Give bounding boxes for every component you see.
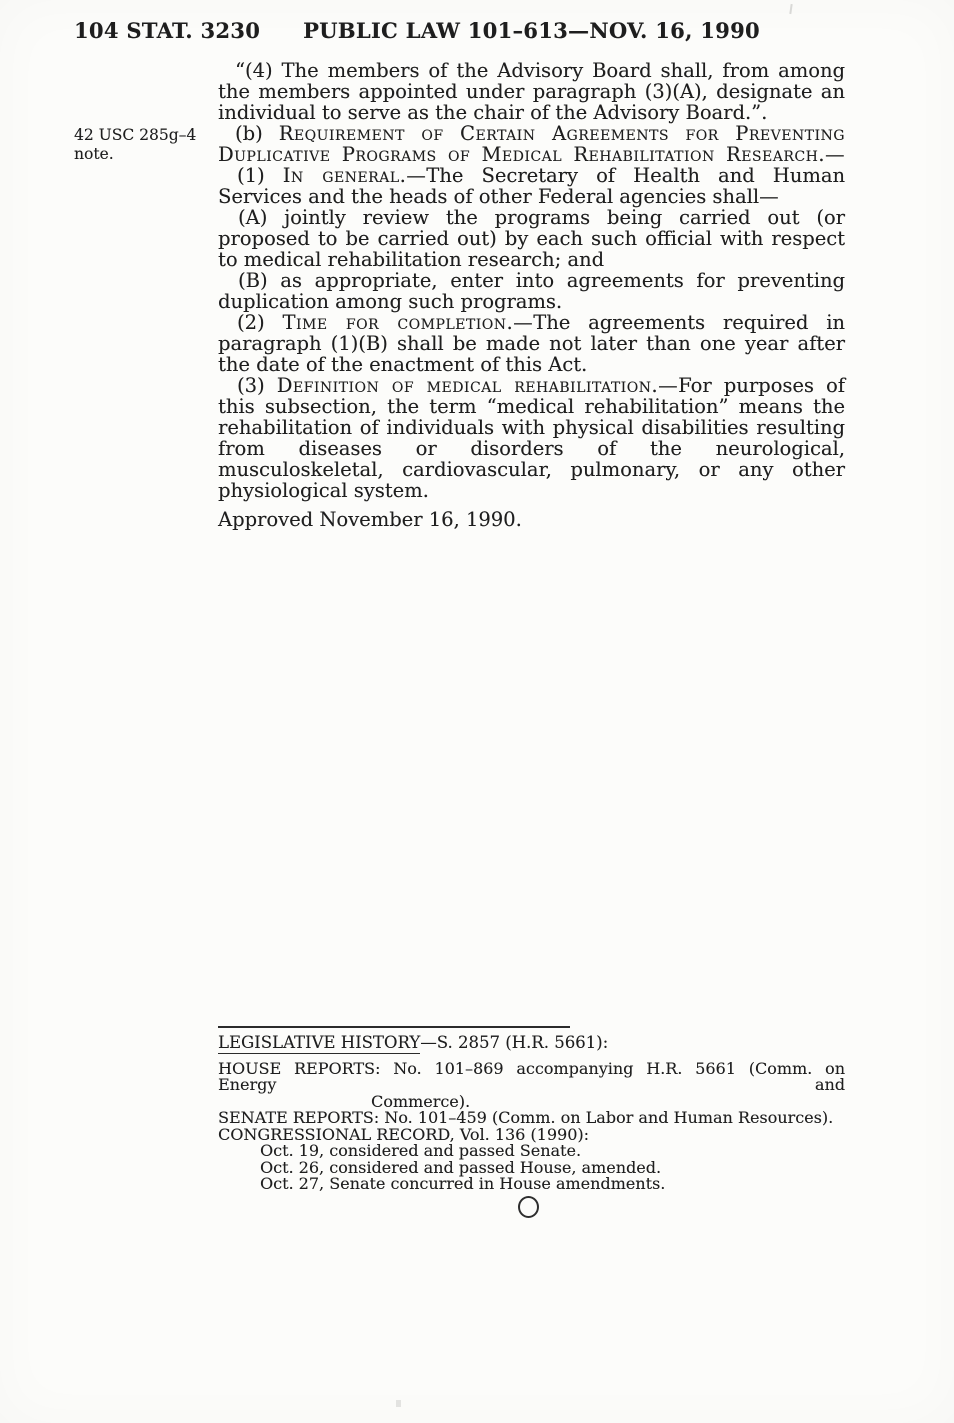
paragraph-b-heading: Requirement of Certain Agreements for Pr…: [218, 122, 845, 166]
margin-note-line2: note.: [74, 145, 214, 164]
legislative-history-rule: [218, 1026, 570, 1028]
legislative-history-title-underlined: LEGISLATIVE HISTORY: [218, 1033, 420, 1054]
paragraph-3-heading: Definition of medical rehabilitation.—: [277, 374, 678, 397]
paragraph-2: (2) Time for completion.—The agreements …: [218, 312, 845, 375]
margin-note-line1: 42 USC 285g–4: [74, 126, 214, 145]
paragraph-B-text: (B) as appropriate, enter into agreement…: [218, 269, 845, 313]
legislative-history-title: LEGISLATIVE HISTORY—S. 2857 (H.R. 5661):: [218, 1035, 845, 1052]
paragraph-A-text: (A) jointly review the programs being ca…: [218, 206, 845, 271]
scan-artifact-bottom: [396, 1400, 401, 1407]
margin-note: 42 USC 285g–4 note.: [74, 126, 214, 163]
paragraph-1-heading: In general.—: [283, 164, 427, 187]
statute-page: 104 STAT. 3230 PUBLIC LAW 101–613—NOV. 1…: [0, 0, 954, 1423]
paragraph-A: (A) jointly review the programs being ca…: [218, 207, 845, 270]
paragraph-1-prefix: (1): [237, 164, 283, 187]
record-entry: Oct. 27, Senate concurred in House amend…: [260, 1176, 845, 1193]
scan-artifact-top: [789, 4, 792, 14]
paragraph-4-text: “(4) The members of the Advisory Board s…: [218, 59, 845, 124]
body-column: “(4) The members of the Advisory Board s…: [218, 60, 845, 530]
paragraph-4-quoted: “(4) The members of the Advisory Board s…: [218, 60, 845, 123]
law-title: PUBLIC LAW 101–613—NOV. 16, 1990: [218, 18, 845, 43]
paragraph-1: (1) In general.—The Secretary of Health …: [218, 165, 845, 207]
paragraph-b-prefix: (b): [235, 122, 279, 145]
legislative-history-section: LEGISLATIVE HISTORY—S. 2857 (H.R. 5661):…: [218, 1026, 845, 1193]
house-reports-line: HOUSE REPORTS: No. 101–869 accompanying …: [218, 1061, 845, 1094]
legislative-history-title-rest: —S. 2857 (H.R. 5661):: [420, 1033, 608, 1052]
paragraph-2-heading: Time for completion.—: [282, 311, 533, 334]
paragraph-3-prefix: (3): [237, 374, 277, 397]
paragraph-B: (B) as appropriate, enter into agreement…: [218, 270, 845, 312]
paragraph-2-prefix: (2): [237, 311, 282, 334]
end-of-law-circle-icon: [518, 1196, 539, 1218]
approved-line: Approved November 16, 1990.: [218, 509, 845, 530]
paragraph-b: (b) Requirement of Certain Agreements fo…: [218, 123, 845, 165]
paragraph-3: (3) Definition of medical rehabilitation…: [218, 375, 845, 501]
